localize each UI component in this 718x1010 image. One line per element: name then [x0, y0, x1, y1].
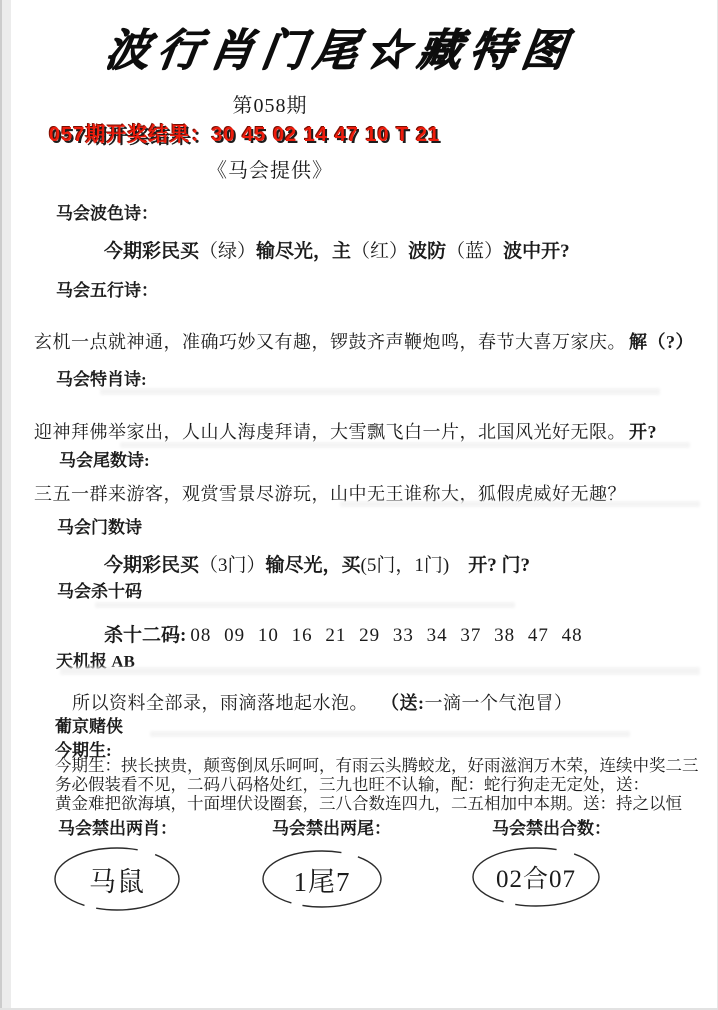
section-heading-pujing: 葡京赌侠 — [55, 712, 123, 737]
verse-answer-hint: 解（?） — [629, 332, 694, 352]
page-title: 波行肖门尾☆藏特图 — [76, 14, 605, 78]
lottery-tip-sheet: 波行肖门尾☆藏特图 第058期 057期开奖结果：30 45 02 14 47 … — [0, 0, 718, 1010]
verse-segment: 今期彩民买 — [104, 555, 199, 576]
bose-verse: 今期彩民买（绿）输尽光，主（红）波防（蓝）波中开? — [104, 236, 570, 263]
last-draw-result: 057期开奖结果：30 45 02 14 47 10 T 21 — [49, 118, 440, 147]
scan-artifact — [100, 388, 660, 395]
scan-artifact — [150, 731, 630, 737]
scan-artifact — [120, 442, 690, 448]
section-heading-wuxing: 马会五行诗： — [56, 276, 158, 301]
gift-label: （送: — [390, 693, 425, 713]
verse-segment: 开? 门? — [449, 555, 530, 576]
verse-segment: 今期彩民买 — [104, 241, 199, 262]
scan-artifact — [95, 602, 515, 608]
forbidden-sum-value: 02合07 — [470, 845, 602, 909]
kill-numbers-line: 杀十二码: 08 09 10 16 21 29 33 34 37 38 47 4… — [104, 620, 583, 647]
verse-text: 玄机一点就神通，准确巧妙又有趣，锣鼓齐声鞭炮鸣，春节大喜万家庆。 — [34, 332, 626, 352]
issue-number: 第058期 — [150, 89, 390, 118]
verse-answer-hint: 开? — [629, 422, 657, 442]
forbidden-tail-oval: 1尾7 — [260, 848, 384, 910]
forbidden-shengxiao-label: 马会禁出两肖： — [58, 814, 177, 839]
forbidden-tail-label: 马会禁出两尾： — [272, 814, 391, 839]
verse-segment: （蓝） — [446, 241, 503, 262]
section-heading-texiao: 马会特肖诗: — [56, 365, 147, 390]
gift-text: 一滴一个气泡冒） — [425, 693, 573, 713]
section-heading-shashima: 马会杀十码 — [57, 577, 142, 602]
verse-segment: (5门，1门) — [361, 555, 450, 576]
forbidden-shengxiao-value: 马鼠 — [52, 845, 182, 913]
pujing-line: 黄金难把欲海填，十面埋伏设圈套，三八合数连四九，二五相加中本期。送：持之以恒 — [55, 794, 682, 814]
verse-text: 所以资料全部录，雨滴落地起水泡。 — [72, 693, 368, 713]
verse-segment: 输尽光，主 — [256, 241, 351, 262]
verse-segment: （3门） — [199, 555, 266, 576]
section-heading-bose: 马会波色诗： — [56, 199, 158, 224]
verse-segment: 波防 — [408, 241, 446, 262]
verse-segment: （红） — [351, 241, 408, 262]
verse-text: 迎神拜佛举家出，人山人海虔拜请，大雪飘飞白一片，北国风光好无限。 — [34, 422, 626, 442]
section-heading-weishu: 马会尾数诗: — [59, 446, 150, 471]
wuxing-verse: 玄机一点就神通，准确巧妙又有趣，锣鼓齐声鞭炮鸣，春节大喜万家庆。解（?） — [34, 328, 694, 354]
provider-line: 《马会提供》 — [140, 154, 400, 183]
menshu-verse: 今期彩民买（3门）输尽光，买(5门，1门) 开? 门? — [104, 550, 530, 577]
pujing-line: 务必假装看不见，二码八码格处红，三九也旺不认输，配：蛇行狗走无定处，送： — [55, 775, 649, 795]
forbidden-sum-label: 马会禁出合数： — [492, 814, 611, 839]
tianji-verse: 所以资料全部录，雨滴落地起水泡。（送:一滴一个气泡冒） — [72, 689, 573, 715]
section-heading-menshu: 马会门数诗 — [57, 513, 142, 538]
texiao-verse: 迎神拜佛举家出，人山人海虔拜请，大雪飘飞白一片，北国风光好无限。开? — [34, 418, 657, 444]
verse-segment: 输尽光，买 — [266, 555, 361, 576]
forbidden-tail-value: 1尾7 — [260, 848, 384, 910]
scan-artifact — [60, 667, 700, 675]
kill-numbers-values: 08 09 10 16 21 29 33 34 37 38 47 48 — [190, 625, 582, 646]
kill-numbers-label: 杀十二码: — [104, 625, 186, 646]
verse-segment: （绿） — [199, 241, 256, 262]
pujing-line: 今期生：挟长挟贵，颠鸾倒凤乐呵呵，有雨云头腾蛟龙，好雨滋润万木荣，连续中奖二三 — [55, 756, 699, 776]
verse-segment: 波中开? — [503, 241, 570, 262]
scan-left-edge — [0, 0, 11, 1008]
scan-artifact — [340, 501, 700, 507]
forbidden-sum-oval: 02合07 — [470, 845, 602, 909]
forbidden-shengxiao-oval: 马鼠 — [52, 845, 182, 913]
